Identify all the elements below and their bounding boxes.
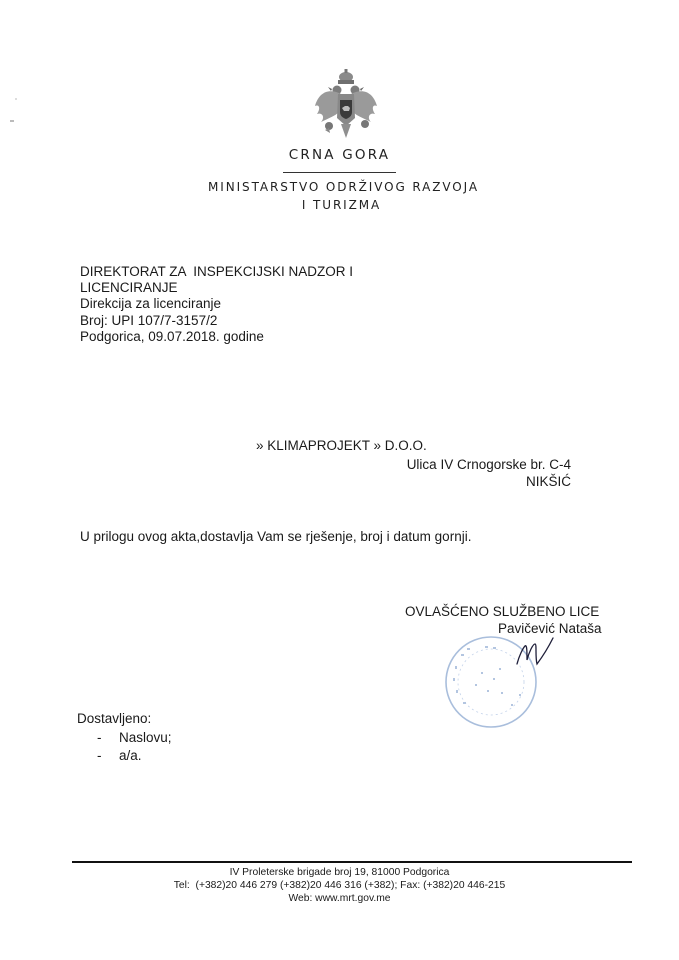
sender-block: DIREKTORAT ZA INSPEKCIJSKI NADZOR I LICE… (80, 264, 353, 345)
directorate-line2: LICENCIRANJE (80, 280, 353, 296)
place-date: Podgorica, 09.07.2018. godine (80, 329, 353, 345)
footer-contact: Tel: (+382)20 446 279 (+382)20 446 316 (… (0, 879, 679, 892)
country-name: CRNA GORA (0, 147, 679, 163)
official-title: OVLAŠĆENO SLUŽBENO LICE (405, 604, 599, 619)
recipient-street: Ulica IV Crnogorske br. C-4 (407, 457, 571, 472)
delivery-item-text: Naslovu; (119, 729, 172, 747)
list-bullet: - (97, 747, 119, 765)
document-page: CRNA GORA MINISTARSTVO ODRŽIVOG RAZVOJA … (0, 0, 679, 960)
recipient-name: » KLIMAPROJEKT » D.O.O. (256, 438, 427, 453)
handwritten-signature-icon (515, 634, 555, 670)
scan-artifact (15, 98, 17, 100)
directorate-line1: DIREKTORAT ZA INSPEKCIJSKI NADZOR I (80, 264, 353, 280)
delivery-item: - a/a. (97, 747, 172, 765)
ministry-name-line1: MINISTARSTVO ODRŽIVOG RAZVOJA (0, 180, 679, 194)
header-divider (283, 172, 396, 173)
reference-number: Broj: UPI 107/7-3157/2 (80, 313, 353, 329)
coat-of-arms-icon (311, 68, 381, 144)
body-text: U prilogu ovog akta,dostavlja Vam se rje… (80, 529, 471, 544)
recipient-city: NIKŠIĆ (526, 474, 571, 489)
department: Direkcija za licenciranje (80, 296, 353, 312)
delivery-label: Dostavljeno: (77, 711, 151, 726)
scan-artifact (10, 120, 14, 122)
footer-divider (72, 861, 632, 863)
footer-web: Web: www.mrt.gov.me (0, 892, 679, 905)
delivery-item-text: a/a. (119, 747, 142, 765)
footer-address: IV Proleterske brigade broj 19, 81000 Po… (0, 866, 679, 879)
list-bullet: - (97, 729, 119, 747)
delivery-item: - Naslovu; (97, 729, 172, 747)
delivery-list: - Naslovu; - a/a. (97, 729, 172, 765)
ministry-name-line2: I TURIZMA (0, 198, 679, 212)
footer: IV Proleterske brigade broj 19, 81000 Po… (0, 866, 679, 905)
